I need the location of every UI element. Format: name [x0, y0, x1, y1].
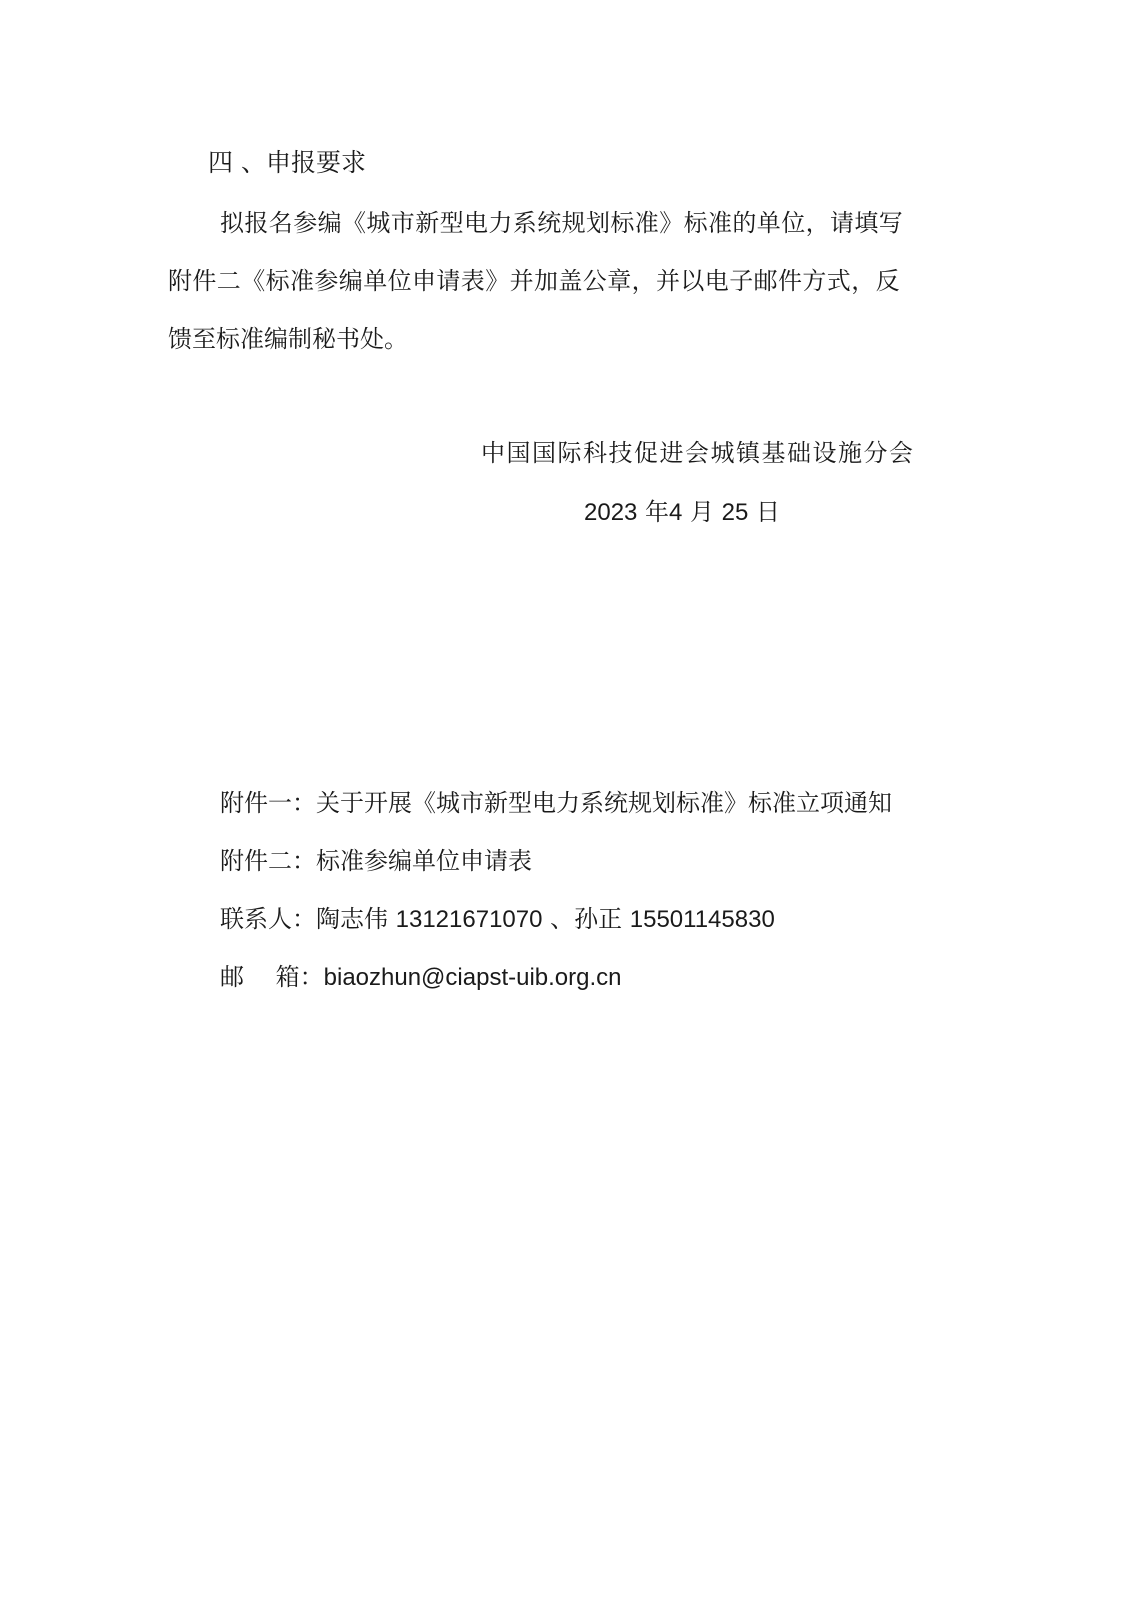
signature-organization: 中国国际科技促进会城镇基础设施分会: [481, 438, 915, 468]
attachment-2-text: 标准参编单位申请表: [316, 847, 532, 875]
date-month: 4: [669, 499, 682, 526]
attachment-1-label: 附件一：: [220, 789, 316, 817]
contact-2-phone: 15501145830: [630, 906, 775, 933]
signature-date: 2023 年4 月 25 日: [584, 497, 780, 528]
paragraph-line-1: 拟报名参编《城市新型电力系统规划标准》标准的单位，请填写: [220, 208, 903, 238]
contact-2-name: 孙正: [574, 905, 622, 933]
contact-1-name: 陶志伟: [316, 905, 388, 933]
email-address[interactable]: biaozhun@ciapst-uib.org.cn: [324, 964, 622, 991]
date-year-unit: 年: [645, 498, 669, 526]
contact-line: 联系人：陶志伟 13121671070 、孙正 15501145830: [220, 904, 775, 935]
email-line: 邮 箱：biaozhun@ciapst-uib.org.cn: [220, 962, 622, 993]
contact-label: 联系人：: [220, 905, 316, 933]
date-day: 25: [722, 499, 749, 526]
contact-1-phone: 13121671070: [396, 906, 543, 933]
paragraph-line-2: 附件二《标准参编单位申请表》并加盖公章，并以电子邮件方式，反: [168, 266, 900, 296]
date-day-unit: 日: [756, 498, 780, 526]
attachment-1-text: 关于开展《城市新型电力系统规划标准》标准立项通知: [316, 789, 892, 817]
date-month-unit: 月: [690, 498, 714, 526]
date-year: 2023: [584, 499, 637, 526]
section-heading: 四 、申报要求: [208, 148, 366, 178]
attachment-item-2: 附件二：标准参编单位申请表: [220, 846, 532, 876]
attachment-item-1: 附件一：关于开展《城市新型电力系统规划标准》标准立项通知: [220, 788, 892, 818]
paragraph-line-3: 馈至标准编制秘书处。: [168, 324, 408, 354]
email-label: 邮 箱：: [220, 963, 324, 991]
contact-separator: 、: [550, 905, 574, 933]
attachment-2-label: 附件二：: [220, 847, 316, 875]
